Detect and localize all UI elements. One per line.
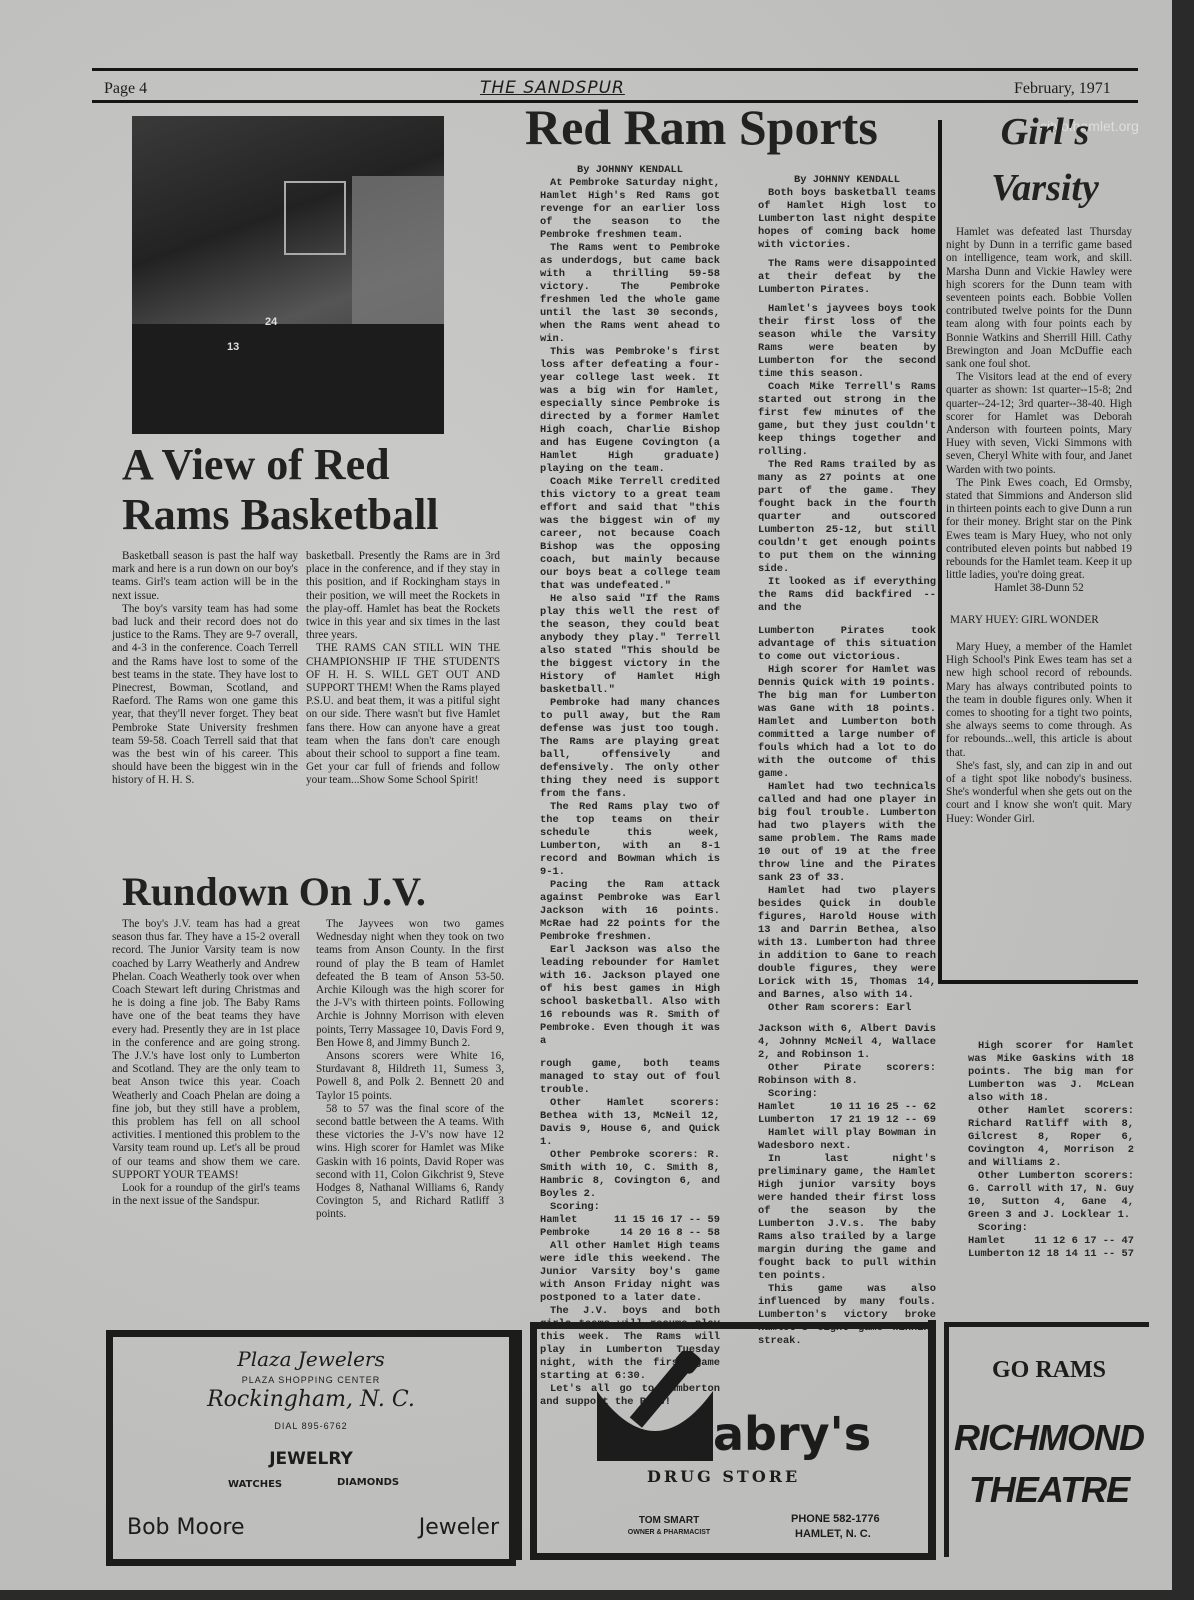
paragraph: Mary Huey, a member of the Hamlet High S… (946, 641, 1132, 760)
jv-article-col2: The Jayvees won two games Wednesday nigh… (316, 918, 504, 1222)
team-name: Lumberton (968, 1248, 1024, 1261)
paragraph: Hamlet was defeated last Thursday night … (946, 226, 1132, 371)
paragraph: High scorer for Hamlet was Dennis Quick … (758, 664, 936, 781)
paragraph: The boy's J.V. team has had a great seas… (112, 918, 300, 1182)
mabrys-drug-ad: abry's DRUG STORE TOM SMART OWNER & PHAR… (530, 1322, 936, 1560)
paragraph: In last night's preliminary game, the Ha… (758, 1153, 936, 1283)
paragraph: She's fast, sly, and can zip in and out … (946, 760, 1132, 826)
plaza-name: Plaza Jewelers (113, 1347, 509, 1371)
final-score: 58 (708, 1227, 720, 1239)
final-score: 47 (1122, 1235, 1134, 1247)
paragraph: THE RAMS CAN STILL WIN THE CHAMPIONSHIP … (306, 642, 500, 787)
quarter-scores: 11 12 6 17 (1034, 1235, 1096, 1247)
paragraph: Pembroke had many chances to pull away, … (540, 697, 720, 801)
paragraph: High scorer for Hamlet was Mike Gaskins … (968, 1040, 1134, 1105)
paragraph: The Pink Ewes coach, Ed Ormsby, stated t… (946, 477, 1132, 583)
paragraph: Jackson with 6, Albert Davis 4, Johnny M… (758, 1023, 936, 1062)
team-name: Hamlet (540, 1214, 577, 1227)
view-headline: A View of Red Rams Basketball (122, 440, 439, 540)
mortar-pestle-icon (595, 1351, 715, 1471)
paragraph: Pacing the Ram attack against Pembroke w… (540, 879, 720, 944)
score-row: Pembroke14 20 16 8 -- 58 (540, 1227, 720, 1240)
paragraph: The Red Rams play two of the top teams o… (540, 801, 720, 879)
plaza-title: Jeweler (419, 1515, 499, 1540)
paragraph: Coach Mike Terrell's Rams started out st… (758, 381, 936, 459)
richmond-line1: RICHMOND (949, 1417, 1149, 1459)
paragraph: 58 to 57 was the final score of the seco… (316, 1103, 504, 1222)
paragraph: Other Ram scorers: Earl (758, 1002, 936, 1015)
richmond-theatre-ad: GO RAMS RICHMOND THEATRE (944, 1322, 1149, 1557)
paragraph: Other Pembroke scorers: R. Smith with 10… (540, 1149, 720, 1201)
score-row: Hamlet11 12 6 17 -- 47 (968, 1235, 1134, 1248)
quarter-scores: 11 15 16 17 (614, 1214, 683, 1226)
score-row: Lumberton12 18 14 11 -- 57 (968, 1248, 1134, 1261)
paragraph: At Pembroke Saturday night, Hamlet High'… (540, 177, 720, 242)
view-article-col2: basketball. Presently the Rams are in 3r… (306, 550, 500, 788)
mabrys-phone: PHONE 582-1776 (791, 1513, 880, 1525)
paragraph: Other Hamlet scorers: Bethea with 13, Mc… (540, 1097, 720, 1149)
view-article-col1: Basketball season is past the half way m… (112, 550, 298, 788)
paragraph: Basketball season is past the half way m… (112, 550, 298, 603)
go-rams-slogan: GO RAMS (949, 1357, 1149, 1384)
paragraph: Both boys basketball teams of Hamlet Hig… (758, 187, 936, 252)
newspaper-page: Page 4 THE SANDSPUR February, 1971 cityo… (0, 0, 1172, 1590)
final-score: 62 (924, 1101, 936, 1113)
paragraph: Coach Mike Terrell credited this victory… (540, 476, 720, 593)
mabrys-name: abry's (713, 1407, 871, 1461)
paragraph: It looked as if everything the Rams did … (758, 576, 936, 615)
paragraph: Hamlet had two technicals called and had… (758, 781, 936, 885)
photo-floor (132, 324, 444, 434)
girls-headline: Girl's Varsity (960, 104, 1130, 216)
plaza-jewelers-ad: Plaza Jewelers PLAZA SHOPPING CENTER Roc… (106, 1330, 516, 1566)
paragraph: Lumberton Pirates took advantage of this… (758, 625, 936, 664)
jv-article-col1: The boy's J.V. team has had a great seas… (112, 918, 300, 1208)
score-row: Hamlet11 15 16 17 -- 59 (540, 1214, 720, 1227)
plaza-jewelry: JEWELRY (113, 1449, 509, 1469)
paragraph: The Red Rams trailed by as many as 27 po… (758, 459, 936, 576)
jv-headline: Rundown On J.V. (122, 868, 426, 915)
paragraph: This was Pembroke's first loss after def… (540, 346, 720, 476)
score-row: Lumberton17 21 19 12 -- 69 (758, 1114, 936, 1127)
paragraph: Earl Jackson was also the leading reboun… (540, 944, 720, 1048)
plaza-phone: DIAL 895-6762 (113, 1421, 509, 1431)
scoring-label: Scoring: (540, 1201, 720, 1214)
mabrys-owner: TOM SMART (599, 1515, 739, 1526)
richmond-line2: THEATRE (949, 1469, 1149, 1511)
paragraph: He also said "If the Rams play this well… (540, 593, 720, 697)
paragraph: The Rams were disappointed at their defe… (758, 258, 936, 297)
plaza-watches: WATCHES (228, 1479, 282, 1490)
plaza-city: Rockingham, N. C. (113, 1387, 509, 1412)
paragraph: rough game, both teams managed to stay o… (540, 1058, 720, 1097)
byline: By JOHNNY KENDALL (540, 164, 720, 177)
paragraph: The Visitors lead at the end of every qu… (946, 371, 1132, 477)
sports-headline: Red Ram Sports (525, 98, 878, 156)
paragraph: The boy's varsity team has had some bad … (112, 603, 298, 788)
paper-title: THE SANDSPUR (480, 78, 625, 98)
sports-col3: High scorer for Hamlet was Mike Gaskins … (968, 1040, 1134, 1261)
sports-col1: By JOHNNY KENDALL At Pembroke Saturday n… (540, 164, 720, 1409)
basketball-photo: 13 24 (132, 116, 444, 434)
team-name: Hamlet (758, 1101, 795, 1114)
girls-article: Hamlet was defeated last Thursday night … (946, 226, 1132, 826)
final-score: Hamlet 38-Dunn 52 (946, 582, 1132, 595)
final-score: 69 (924, 1114, 936, 1126)
final-score: 57 (1122, 1248, 1134, 1260)
page-number: Page 4 (104, 80, 147, 98)
photo-backboard (284, 181, 346, 255)
scoring-label: Scoring: (758, 1088, 936, 1101)
paragraph: Hamlet had two players besides Quick in … (758, 885, 936, 1002)
quarter-scores: 14 20 16 8 (620, 1227, 682, 1239)
issue-date: February, 1971 (1014, 80, 1111, 98)
jersey-24: 24 (265, 316, 277, 328)
plaza-diamonds: DIAMONDS (337, 1477, 399, 1488)
quarter-scores: 12 18 14 11 (1028, 1248, 1097, 1260)
view-headline-line2: Rams Basketball (122, 490, 439, 540)
paragraph: The Rams went to Pembroke as underdogs, … (540, 242, 720, 346)
team-name: Lumberton (758, 1114, 814, 1127)
paragraph: Other Pirate scorers: Robinson with 8. (758, 1062, 936, 1088)
team-name: Pembroke (540, 1227, 590, 1240)
girls-headline-line1: Girl's (960, 104, 1130, 160)
plaza-location: PLAZA SHOPPING CENTER (113, 1375, 509, 1385)
score-row: Hamlet10 11 16 25 -- 62 (758, 1101, 936, 1114)
photo-wall (352, 176, 444, 336)
paragraph: Look for a roundup of the girl's teams i… (112, 1182, 300, 1208)
quarter-scores: 17 21 19 12 (830, 1114, 899, 1126)
view-headline-line1: A View of Red (122, 440, 439, 490)
mabrys-subtitle: DRUG STORE (647, 1467, 800, 1486)
paragraph: The Jayvees won two games Wednesday nigh… (316, 918, 504, 1050)
team-name: Hamlet (968, 1235, 1005, 1248)
mabrys-owner-title: OWNER & PHARMACIST (593, 1529, 745, 1536)
header-top-rule (92, 68, 1138, 71)
paragraph: Other Hamlet scorers: Richard Ratliff wi… (968, 1105, 1134, 1170)
paragraph: basketball. Presently the Rams are in 3r… (306, 550, 500, 642)
quarter-scores: 10 11 16 25 (830, 1101, 899, 1113)
plaza-owner: Bob Moore (127, 1515, 245, 1540)
huey-title: MARY HUEY: GIRL WONDER (950, 614, 1132, 627)
sports-col2: By JOHNNY KENDALL Both boys basketball t… (758, 174, 936, 1348)
paragraph: Hamlet will play Bowman in Wadesboro nex… (758, 1127, 936, 1153)
paragraph: Hamlet's jayvees boys took their first l… (758, 303, 936, 381)
final-score: 59 (708, 1214, 720, 1226)
jersey-13: 13 (227, 341, 239, 353)
paragraph: Other Lumberton scorers: G. Carroll with… (968, 1170, 1134, 1222)
ad-divider (928, 1320, 936, 1560)
paragraph: All other Hamlet High teams were idle th… (540, 1240, 720, 1305)
ad-divider (514, 1330, 522, 1560)
girls-headline-line2: Varsity (960, 160, 1130, 216)
byline: By JOHNNY KENDALL (758, 174, 936, 187)
paragraph: Ansons scorers were White 16, Sturdavant… (316, 1050, 504, 1103)
scoring-label: Scoring: (968, 1222, 1134, 1235)
mabrys-city: HAMLET, N. C. (795, 1528, 871, 1540)
